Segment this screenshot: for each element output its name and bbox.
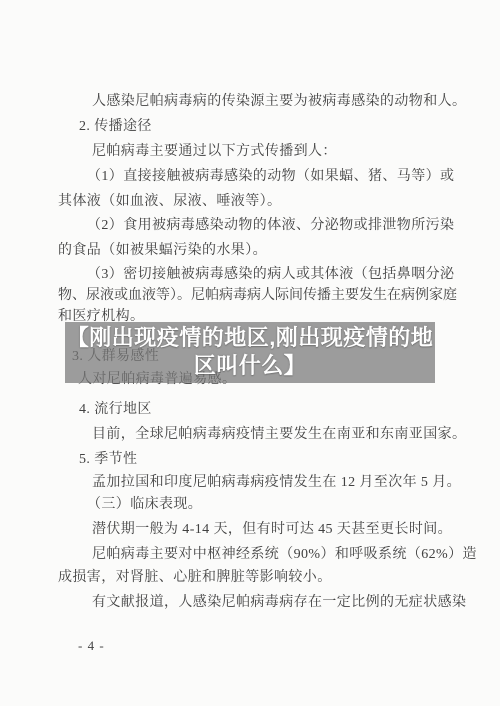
document-line: 有文献报道，人感染尼帕病毒病存在一定比例的无症状感染: [92, 591, 466, 611]
document-line: 5. 季节性: [79, 448, 137, 468]
overlay-title-line2: 区叫什么】: [65, 352, 435, 380]
document-line: 的食品（如被果蝠污染的水果）。: [58, 239, 267, 259]
document-line: （3）密切接触被病毒感染的病人或其体液（包括鼻咽分泌: [87, 263, 454, 283]
overlay-title-line1: 【刚出现疫情的地区,刚出现疫情的地: [65, 324, 435, 352]
overlay-banner: 【刚出现疫情的地区,刚出现疫情的地 区叫什么】: [65, 322, 435, 383]
document-line: （1）直接接触被病毒感染的动物（如果蝠、猪、马等）或: [87, 165, 454, 185]
document-line: 孟加拉国和印度尼帕病毒病疫情发生在 12 月至次年 5 月。: [92, 471, 461, 491]
document-line: 目前，全球尼帕病毒病疫情主要发生在南亚和东南亚国家。: [92, 423, 466, 443]
document-line: （三）临床表现。: [87, 493, 202, 513]
document-line: 2. 传播途径: [79, 115, 152, 135]
document-line: （2）食用被病毒感染动物的体液、分泌物或排泄物所污染: [87, 214, 454, 234]
document-line: 人感染尼帕病毒病的传染源主要为被病毒感染的动物和人。: [92, 90, 466, 110]
document-page: 人感染尼帕病毒病的传染源主要为被病毒感染的动物和人。 2. 传播途径 尼帕病毒主…: [0, 0, 500, 706]
page-number: - 4 -: [78, 638, 105, 654]
document-line: 尼帕病毒主要对中枢神经系统（90%）和呼吸系统（62%）造: [92, 543, 477, 563]
document-line: 潜伏期一般为 4-14 天，但有时可达 45 天甚至更长时间。: [92, 518, 452, 538]
document-line: 物、尿液或血液等）。尼帕病毒病人际间传播主要发生在病例家庭: [58, 284, 457, 304]
document-line: 尼帕病毒主要通过以下方式传播到人：: [92, 140, 337, 160]
document-line: 成损害，对肾脏、心脏和脾脏等影响较小。: [58, 566, 332, 586]
document-line: 其体液（如血液、尿液、唾液等）。: [58, 190, 281, 210]
document-line: 4. 流行地区: [79, 398, 152, 418]
